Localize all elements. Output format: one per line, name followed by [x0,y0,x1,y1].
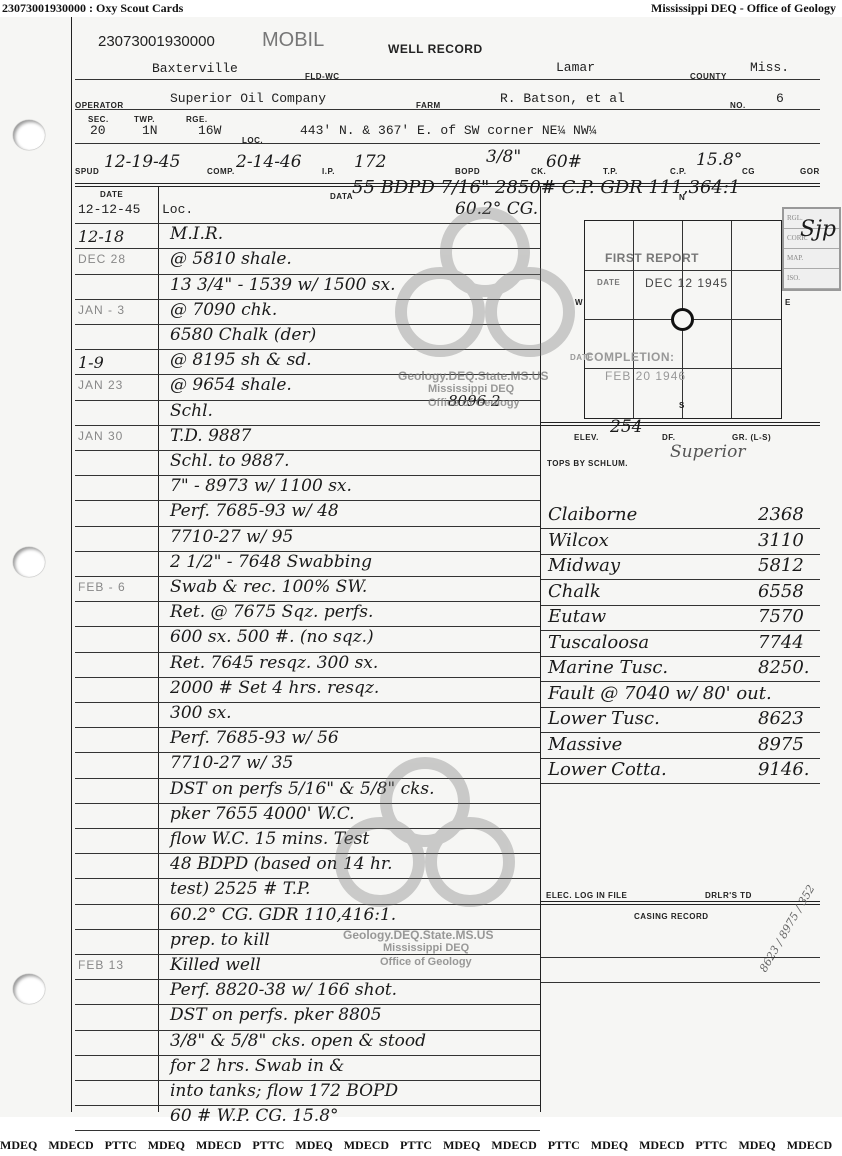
formation-depth: 7744 [758,632,804,653]
df-label: DF. [662,433,676,442]
ip-value: 172 [354,152,386,172]
rule [541,630,820,631]
stamp-row: MAP. [784,249,839,269]
rule [541,982,820,983]
log-date: DEC 28 [78,252,126,266]
rule [541,579,820,580]
rule [541,732,820,733]
document-title: 23073001930000 : Oxy Scout Cards [2,1,183,16]
log-date: JAN 23 [78,378,123,392]
log-entry: 2 1/2" - 7648 Swabbing [170,552,372,572]
completion-date: FEB 20 1946 [605,369,686,383]
twp-value: 1N [142,123,158,138]
footer-token: MDECD [48,1138,93,1152]
log-entry: 7710-27 w/ 35 [170,753,293,773]
log-entry: 2000 # Set 4 hrs. resqz. [170,678,379,698]
footer-token: MDECD [491,1138,536,1152]
formation-name: Lower Cotta. [548,759,667,780]
first-report-date: DEC 12 1945 [645,276,728,290]
watermark-office: Office of Geology [428,397,520,409]
watermark-url: Geology.DEQ.State.MS.US [343,928,493,942]
rule [541,528,820,529]
formation-name: Fault @ 7040 w/ 80' out. [548,683,772,704]
formation-depth: 8975 [758,734,804,755]
formation-depth: 9146. [758,759,810,780]
stamp-row: ISO. [784,269,839,289]
field-value: Baxterville [152,61,238,76]
rule [75,143,820,144]
footer-credits: MDEQMDECDPTTCMDEQMDECDPTTCMDEQMDECDPTTCM… [0,1138,842,1153]
viewer-title-bar: 23073001930000 : Oxy Scout Cards Mississ… [0,0,842,17]
cp-value: 15.8° [696,150,742,170]
handwritten-company: MOBIL [262,29,324,52]
footer-token: PTTC [105,1138,137,1152]
log-entry: Ret. 7645 resqz. 300 sx. [170,653,378,673]
rule [75,450,540,451]
county-value: Lamar [556,60,595,75]
rule [75,109,820,110]
log-entry: pker 7655 4000' W.C. [170,804,355,824]
formation-name: Claiborne [548,504,637,525]
log-date: JAN - 3 [78,303,125,317]
formation-name: Chalk [548,581,601,602]
reviewer-initials: Sjp [800,217,836,242]
log-entry: 7" - 8973 w/ 1100 sx. [170,476,352,496]
api-number: 23073001930000 [98,33,215,50]
rge-value: 16W [198,123,221,138]
rule [75,1130,540,1131]
well-location-icon [671,308,694,331]
rule [75,752,540,753]
casing-record-label: CASING RECORD [634,912,709,921]
log-entry: 7710-27 w/ 95 [170,527,293,547]
log-entry: Perf. 7685-93 w/ 48 [170,501,339,521]
log-date: 12-18 [78,227,124,246]
ck-label: CK. [531,167,546,176]
rule [541,422,820,423]
watermark-office: Office of Geology [380,956,472,968]
tops-by-label: TOPS BY SCHLUM. [547,459,628,468]
footer-token: MDEQ [591,1138,628,1152]
formation-depth: 5812 [758,555,804,576]
formation-depth: 6558 [758,581,804,602]
ck-value: 60# [546,152,582,172]
footer-token: MDEQ [0,1138,37,1152]
cg-label: CG [742,167,755,176]
date-header: DATE [100,190,123,199]
gor-label: GOR [800,167,820,176]
log-entry: DST on perfs. pker 8805 [170,1005,382,1025]
log-date: 1-9 [78,353,104,372]
formation-name: Wilcox [548,530,609,551]
rule [75,79,820,80]
drlr-td-label: DRLR'S TD [705,891,752,900]
comp-label: COMP. [207,167,235,176]
ip-label: I.P. [322,167,335,176]
state-value: Miss. [750,60,789,75]
log-entry: Perf. 7685-93 w/ 56 [170,728,339,748]
elec-log-label: ELEC. LOG IN FILE [546,891,627,900]
rule [75,954,540,955]
formation-name: Midway [548,555,620,576]
comp-value: 2-14-46 [236,152,302,172]
log-entry: prep. to kill [170,930,270,950]
operator-value: Superior Oil Company [170,91,326,106]
card-left-border [71,17,72,1112]
formation-name: Marine Tusc. [548,657,668,678]
data-label: DATA [330,192,353,201]
watermark-url: Geology.DEQ.State.MS.US [398,369,548,383]
first-report-date-label: DATE [597,278,620,287]
formation-name: Eutaw [548,606,606,627]
footer-token: PTTC [252,1138,284,1152]
deq-logo-icon [335,757,515,917]
tp-label: T.P. [603,167,618,176]
footer-token: MDECD [787,1138,832,1152]
log-entry: 3/8" & 5/8" cks. open & stood [170,1031,426,1051]
log-date: 12-12-45 [78,202,140,217]
casing-note: 8623 / 8975 / 352 [757,883,817,975]
log-entry: 300 sx. [170,703,232,723]
footer-token: MDEQ [295,1138,332,1152]
footer-token: MDEQ [443,1138,480,1152]
log-entry: @ 5810 shale. [170,249,292,269]
west-label: W [575,298,583,307]
location-plat: FIRST REPORT DATE DEC 12 1945 COMPLETION… [584,220,782,419]
log-entry: Killed well [170,955,261,975]
form-title: WELL RECORD [388,42,483,56]
log-entry: @ 7090 chk. [170,300,277,320]
log-entry: Schl. [170,401,213,421]
gr-label: GR. (L-S) [732,433,771,442]
log-entry: @ 9654 shale. [170,375,292,395]
formation-name: Massive [548,734,622,755]
rule [75,702,540,703]
scout-card: 23073001930000 MOBIL WELL RECORD Baxterv… [0,17,842,1117]
choke-value: 3/8" [486,147,521,167]
spud-label: SPUD [75,167,99,176]
punch-hole-icon [13,120,45,150]
log-entry: Ret. @ 7675 Sqz. perfs. [170,602,373,622]
log-entry: Schl. to 9887. [170,451,290,471]
rule [541,425,820,426]
formation-depth: 7570 [758,606,804,627]
date-column-divider [158,187,159,1112]
spud-value: 12-19-45 [104,152,180,172]
elev-value: 254 [610,417,642,437]
log-entry: Loc. [162,202,193,217]
watermark-agency: Mississippi DEQ [428,383,514,395]
rule [541,957,820,958]
bopd-label: BOPD [455,167,480,176]
log-entry: @ 8195 sh & sd. [170,350,312,370]
rule [541,783,820,784]
log-entry: 13 3/4" - 1539 w/ 1500 sx. [170,275,396,295]
log-date: FEB - 6 [78,580,126,594]
loc-value: 443' N. & 367' E. of SW corner NE¼ NW¼ [300,123,596,138]
log-entry: Perf. 8820-38 w/ 166 shot. [170,980,397,1000]
north-label: N [679,193,685,202]
punch-hole-icon [13,547,45,577]
formation-name: Tuscaloosa [548,632,649,653]
east-label: E [785,298,791,307]
footer-token: MDECD [344,1138,389,1152]
first-report-label: FIRST REPORT [605,251,699,265]
log-entry: 6580 Chalk (der) [170,325,316,345]
rule [75,526,540,527]
log-entry: T.D. 9887 [170,426,251,446]
formation-depth: 8623 [758,708,804,729]
log-entry: test) 2525 # T.P. [170,879,310,899]
punch-hole-icon [13,974,45,1004]
formation-depth: 2368 [758,504,804,525]
cp-label: C.P. [670,167,687,176]
log-date: JAN 30 [78,429,123,443]
footer-token: MDEQ [148,1138,185,1152]
footer-token: MDECD [196,1138,241,1152]
rule [541,681,820,682]
rule [541,904,820,905]
log-entry: 60 # W.P. CG. 15.8° [170,1106,339,1126]
south-label: S [679,401,685,410]
log-entry: M.I.R. [170,224,223,244]
footer-token: MDECD [639,1138,684,1152]
footer-token: PTTC [548,1138,580,1152]
farm-value: R. Batson, et al [500,91,625,106]
formation-depth: 8250. [758,657,810,678]
watermark-agency: Mississippi DEQ [383,942,469,954]
deq-logo-icon [395,207,575,367]
footer-token: PTTC [695,1138,727,1152]
elev-label: ELEV. [574,433,599,442]
completion-label: COMPLETION: [585,350,675,364]
log-entry: Swab & rec. 100% SW. [170,577,367,597]
footer-token: MDEQ [738,1138,775,1152]
tops-by-value: Superior [670,442,745,462]
agency-title: Mississippi DEQ - Office of Geology [651,1,836,16]
formation-name: Lower Tusc. [548,708,660,729]
rule [75,425,540,426]
well-number-value: 6 [776,91,784,106]
sec-value: 20 [90,123,106,138]
formation-depth: 3110 [758,530,804,551]
log-entry: for 2 hrs. Swab in & [170,1056,344,1076]
log-entry: into tanks; flow 172 BOPD [170,1081,398,1101]
log-entry: 600 sx. 500 #. (no sqz.) [170,627,374,647]
footer-token: PTTC [400,1138,432,1152]
log-date: FEB 13 [78,958,124,972]
rule [541,901,820,902]
